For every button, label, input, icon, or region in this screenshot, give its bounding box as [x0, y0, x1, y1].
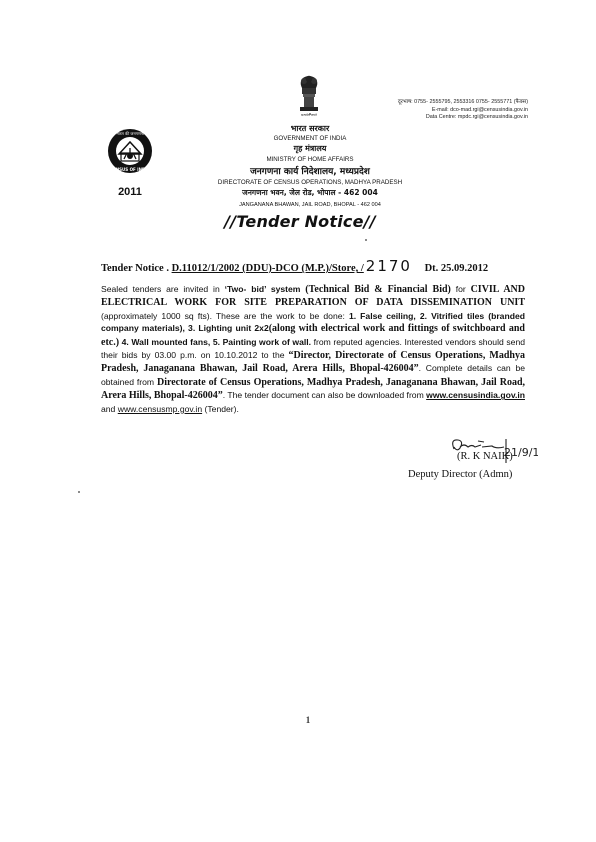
body-text: and [101, 404, 118, 414]
address-hindi: जनगणना भवन, जेल रोड, भोपाल - 462 004 [170, 188, 450, 198]
address-english: JANGANANA BHAWAN, JAIL ROAD, BHOPAL - 46… [170, 202, 450, 208]
directorate-hindi: जनगणना कार्य निदेशालय, मध्यप्रदेश [170, 164, 450, 177]
page-title: //Tender Notice// [200, 212, 400, 231]
directorate-english: DIRECTORATE OF CENSUS OPERATIONS, MADHYA… [170, 179, 450, 186]
contact-email: E-mail: dco-mad.rgi@censusindia.gov.in [360, 107, 528, 115]
body-text: (approximately 1000 sq fts). These are t… [101, 311, 349, 321]
contact-phone: दूरभाष: 0755- 2555795, 2553316 0755- 255… [360, 99, 528, 107]
ministry-hindi: गृह मंत्रालय [170, 143, 450, 154]
signatory-name: (R. K NAIK) [457, 451, 513, 462]
reference-date: Dt. 25.09.2012 [425, 263, 489, 274]
govt-english: GOVERNMENT OF INDIA [170, 135, 450, 142]
page-number: 1 [300, 715, 316, 725]
scan-speck [365, 239, 367, 241]
ministry-english: MINISTRY OF HOME AFFAIRS [170, 156, 450, 163]
signatory-designation: Deputy Director (Admn) [408, 469, 512, 480]
svg-text:भारत की जनगणना: भारत की जनगणना [116, 131, 145, 136]
two-bid-text: ‘Two- bid’ system [225, 284, 306, 294]
census-of-india-logo-icon: भारत की जनगणना CENSUS OF INDIA [107, 128, 153, 174]
contact-details: दूरभाष: 0755- 2555795, 2553316 0755- 255… [360, 99, 528, 122]
censusindia-link[interactable]: www.censusindia.gov.in [426, 390, 525, 400]
body-text: . The tender document can also be downlo… [223, 390, 426, 400]
censusmp-link[interactable]: www.censusmp.gov.in [118, 404, 202, 414]
tender-body: Sealed tenders are invited in ‘Two- bid’… [101, 283, 525, 415]
bids-text: (Technical Bid & Financial Bid) [305, 284, 451, 295]
body-text: Sealed tenders are invited in [101, 284, 225, 294]
contact-data-centre: Data Centre: mpdc.rgi@censusindia.gov.in [360, 114, 528, 122]
body-text: (Tender). [202, 404, 239, 414]
reference-prefix: Tender Notice . [101, 263, 169, 274]
svg-text:CENSUS OF INDIA: CENSUS OF INDIA [110, 167, 151, 172]
scan-speck [309, 113, 311, 115]
handwritten-number: 2170 [366, 257, 412, 275]
work-items: 4. Wall mounted fans, 5. Painting work o… [119, 337, 311, 347]
census-year: 2011 [108, 186, 152, 198]
reference-number: D.11012/1/2002 (DDU)-DCO (M.P.)/Store, / [172, 263, 364, 274]
national-emblem-icon: सत्यमेव जयते [294, 74, 324, 118]
scan-speck [78, 491, 80, 493]
reference-line: Tender Notice . D.11012/1/2002 (DDU)-DCO… [101, 257, 521, 275]
govt-hindi: भारत सरकार [170, 123, 450, 134]
document-page: भारत की जनगणना CENSUS OF INDIA 2011 सत्य… [0, 0, 596, 842]
body-text: for [451, 284, 471, 294]
